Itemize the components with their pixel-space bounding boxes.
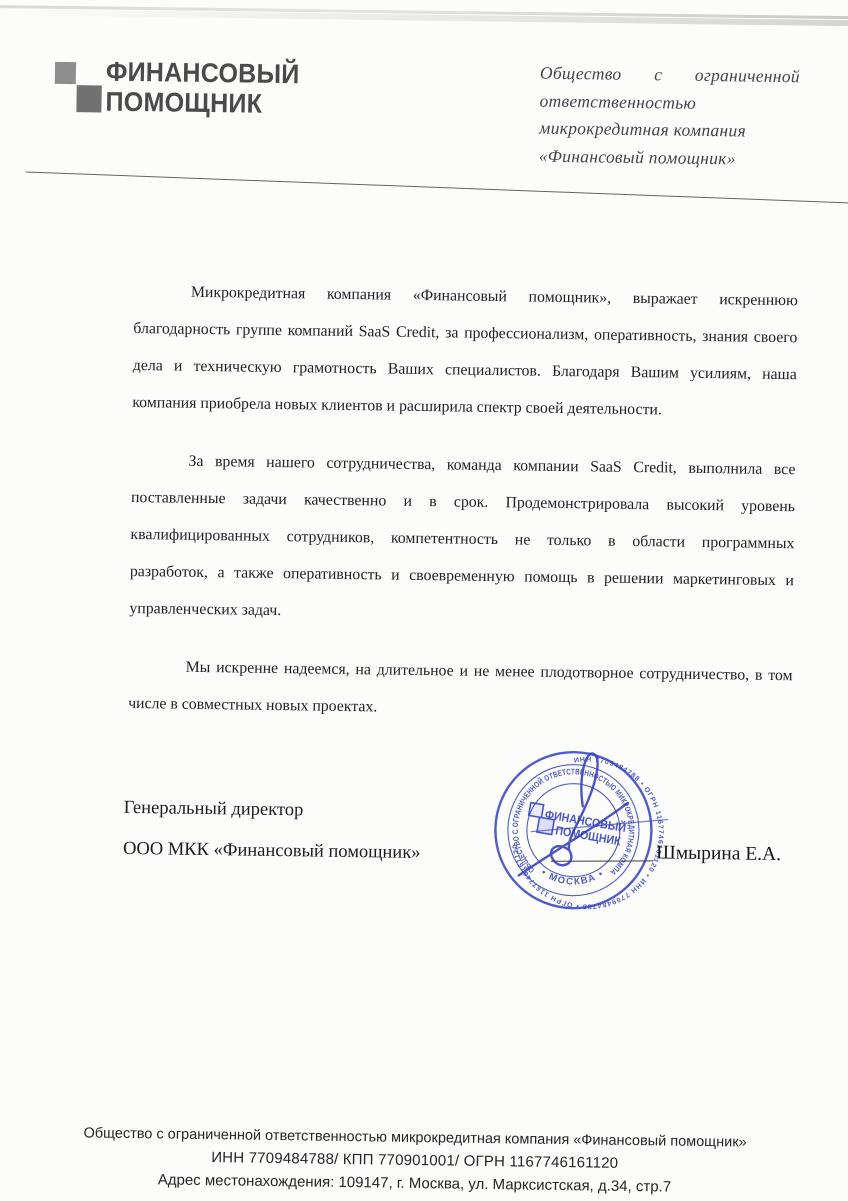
footer: Общество с ограниченной ответственностью… — [0, 1121, 839, 1201]
logo-square-icon — [55, 62, 76, 84]
signatory-block: Генеральный директор ООО МКК «Финансовый… — [123, 788, 422, 874]
org-name-line: Общество с ограниченной — [540, 60, 800, 91]
logo-square-icon — [76, 85, 101, 112]
letterhead-org-name: Общество с ограниченной ответственностью… — [539, 60, 801, 174]
paragraph: За время нашего сотрудничества, команда … — [129, 442, 796, 636]
letter-body: Микрокредитная компания «Финансовый помо… — [128, 273, 798, 752]
org-name-line: ответственностью — [539, 87, 799, 118]
signatory-company: ООО МКК «Финансовый помощник» — [123, 829, 421, 874]
signer-name: Шмырина Е.А. — [656, 842, 781, 866]
signatory-title: Генеральный директор — [123, 788, 421, 833]
logo-wordmark-line1: ФИНАНСОВЫЙ — [106, 57, 300, 90]
org-name-line: «Финансовый помощник» — [539, 142, 799, 173]
letter-content: ФИНАНСОВЫЙ ПОМОЩНИК Общество с ограничен… — [0, 0, 848, 1201]
logo-wordmark-line2: ПОМОЩНИК — [105, 87, 299, 120]
paragraph: Мы искренне надеемся, на длительное и не… — [128, 648, 793, 731]
stamp-logo-square-icon — [529, 803, 544, 818]
company-stamp: ИНН 7709484788 • ОГРН 1167746161120 • ИН… — [488, 739, 696, 918]
letterhead-divider — [26, 171, 848, 203]
scanned-letter-page: ФИНАНСОВЫЙ ПОМОЩНИК Общество с ограничен… — [0, 0, 848, 1201]
org-name-line: микрокредитная компания — [539, 115, 799, 146]
logo-wordmark: ФИНАНСОВЫЙ ПОМОЩНИК — [105, 57, 299, 120]
paragraph: Микрокредитная компания «Финансовый помо… — [132, 273, 798, 430]
